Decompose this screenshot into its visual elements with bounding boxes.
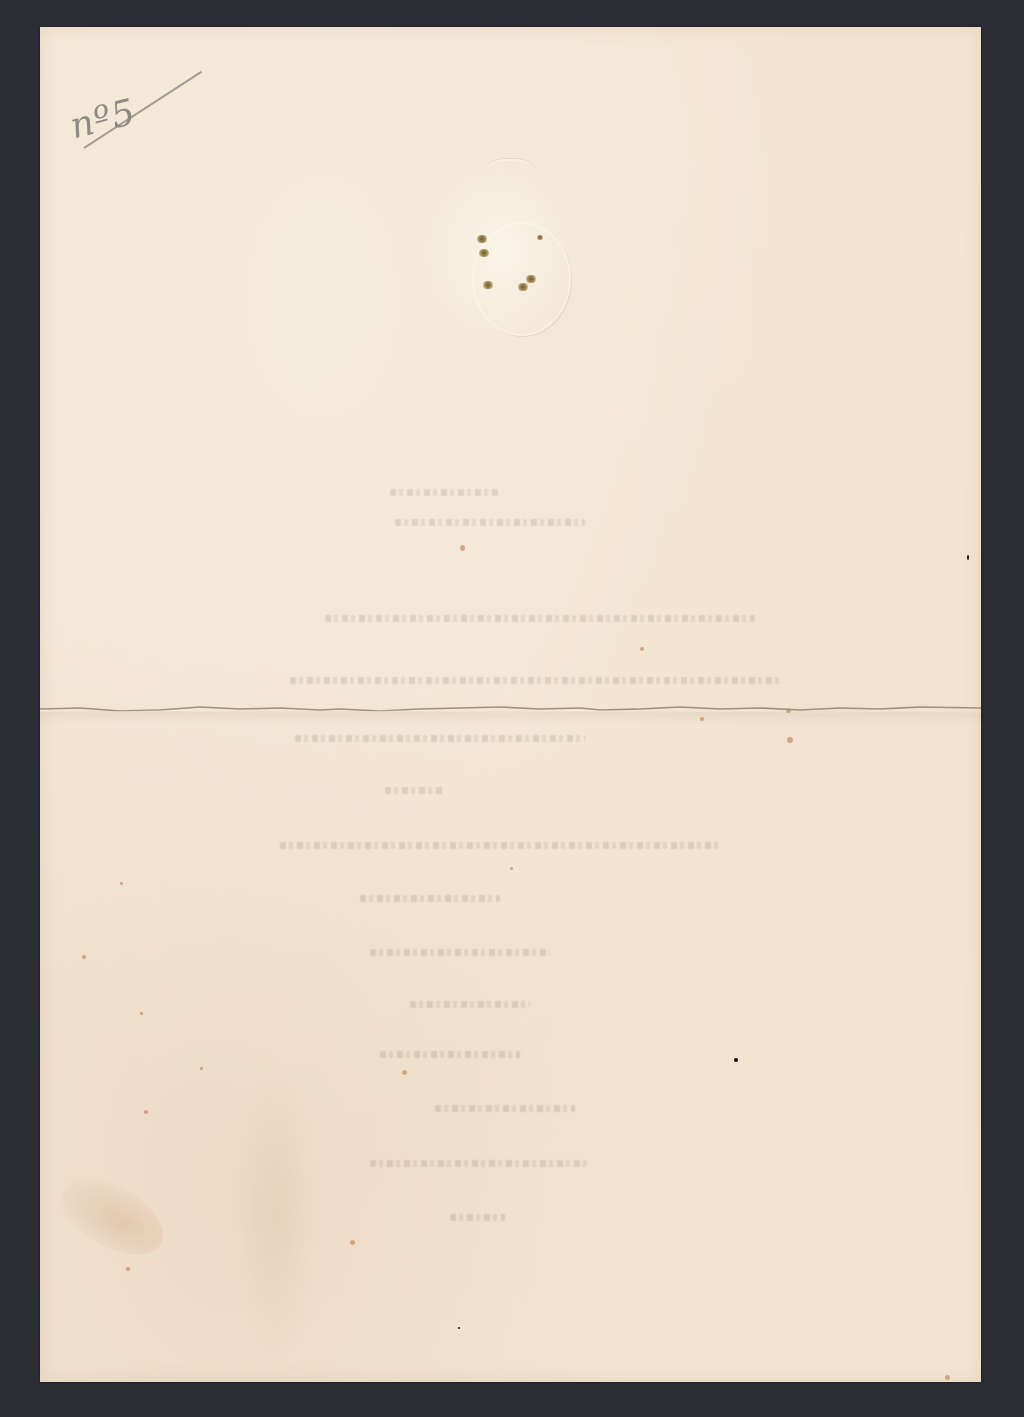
dark-speck <box>734 1058 738 1062</box>
seal-hole <box>526 275 536 283</box>
foxing-spot <box>460 545 465 551</box>
show-through-text-line <box>395 519 585 526</box>
seal-hole <box>518 283 528 291</box>
seal-hole <box>479 249 489 257</box>
show-through-text-line <box>360 895 500 902</box>
fold-shadow <box>40 711 981 725</box>
show-through-text-line <box>370 949 550 956</box>
show-through-text-line <box>450 1214 505 1221</box>
seal-hole <box>537 235 543 240</box>
foxing-spot <box>126 1267 130 1271</box>
foxing-spot <box>787 737 793 743</box>
seal-hole <box>477 235 487 243</box>
foxing-spot <box>945 1375 950 1380</box>
show-through-text-line <box>380 1051 520 1058</box>
foxing-spot <box>402 1070 407 1075</box>
show-through-text-line <box>370 1160 590 1167</box>
seal-crown-emboss <box>485 159 535 191</box>
foxing-spot <box>350 1240 355 1245</box>
show-through-text-line <box>325 615 755 622</box>
seal-hole <box>483 281 493 289</box>
foxing-spot <box>640 647 644 651</box>
foxing-spot <box>82 955 86 959</box>
show-through-text-line <box>385 787 445 794</box>
show-through-text-line <box>295 735 585 742</box>
show-through-text-line <box>410 1001 530 1008</box>
foxing-spot <box>140 1012 143 1015</box>
show-through-text-line <box>390 489 500 496</box>
document-page: nº5 <box>40 27 981 1382</box>
dark-speck <box>967 555 969 560</box>
foxing-spot <box>510 867 513 870</box>
dark-speck <box>458 1327 460 1329</box>
show-through-text-line <box>280 842 720 849</box>
foxing-spot <box>700 717 704 721</box>
show-through-text-line <box>290 677 780 684</box>
foxing-spot <box>120 882 123 885</box>
discoloration-patch <box>230 1067 320 1367</box>
foxing-spot <box>144 1110 148 1114</box>
foxing-spot <box>200 1067 203 1070</box>
foxing-spot <box>786 708 791 713</box>
show-through-text-line <box>435 1105 575 1112</box>
water-stain <box>50 1165 175 1270</box>
